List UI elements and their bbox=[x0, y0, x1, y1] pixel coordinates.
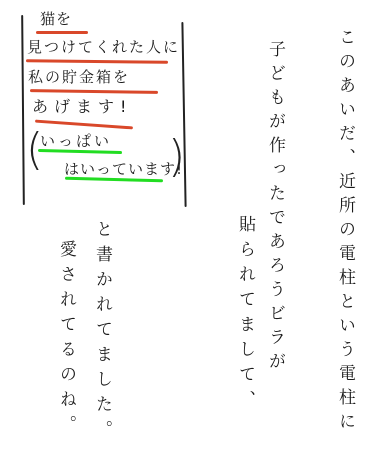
poster-line-4: あげます! bbox=[32, 98, 132, 116]
poster-line-6: はいっています! bbox=[64, 160, 183, 178]
underline-red bbox=[26, 59, 168, 63]
poster-line-5: いっぱい bbox=[40, 132, 112, 150]
narration-column-1: このあいだ、近所の電柱という電柱に bbox=[335, 28, 355, 436]
narration-column-4: と書かれてました。 bbox=[92, 220, 112, 445]
narration-column-5: 愛されてるのね。 bbox=[56, 240, 76, 440]
narration-column-2: 子どもが作ったであろうビラが bbox=[265, 40, 285, 376]
underline-red bbox=[35, 120, 133, 130]
underline-red bbox=[36, 31, 88, 34]
paren-close: ) bbox=[168, 135, 185, 179]
poster-frame-left bbox=[21, 15, 25, 205]
poster-line-3: 私の貯金箱を bbox=[28, 68, 130, 86]
poster-line-2: 見つけてくれた人に bbox=[27, 38, 180, 56]
poster-line-1: 猫を bbox=[40, 10, 72, 28]
narration-column-3: 貼られてまして、 bbox=[235, 215, 255, 415]
underline-red bbox=[30, 89, 158, 94]
